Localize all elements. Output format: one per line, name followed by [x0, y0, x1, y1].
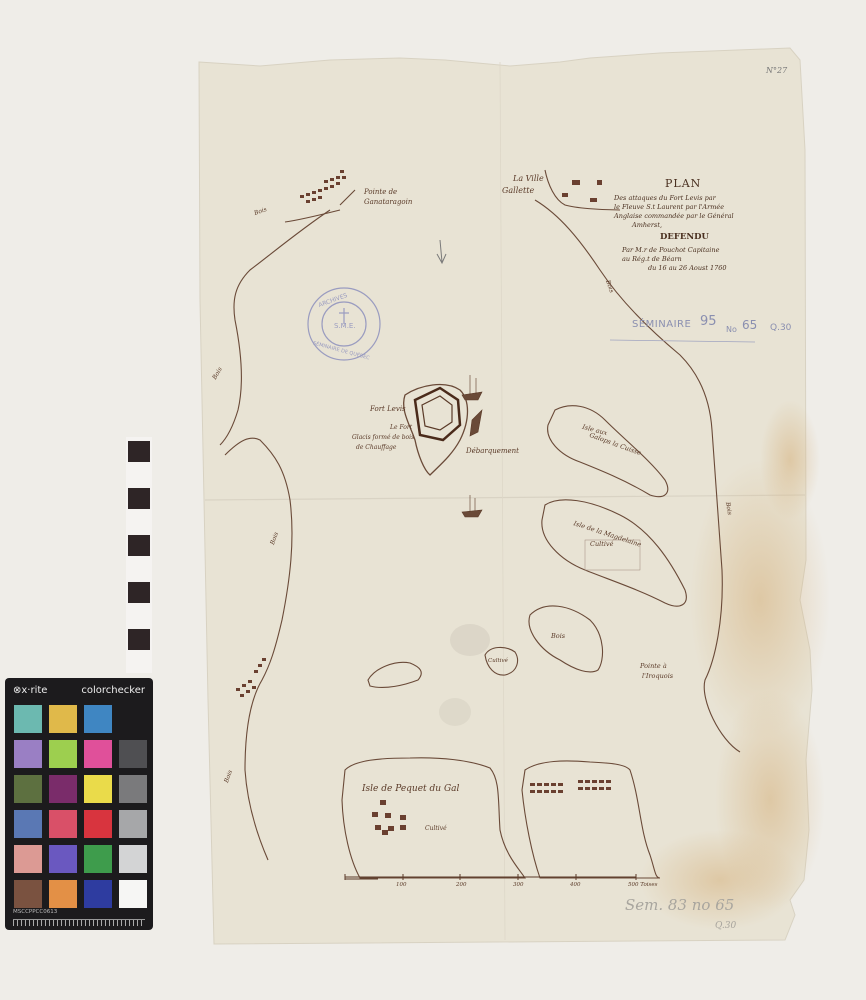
scale-tick-400: 400	[570, 882, 581, 888]
color-swatch	[14, 705, 42, 733]
defended-line-2: au Rég.t de Béarn	[622, 255, 682, 264]
scale-tick-200: 200	[456, 882, 467, 888]
color-swatch	[84, 775, 112, 803]
color-swatch	[84, 880, 112, 908]
seminaire-extra: Q.30	[770, 323, 791, 333]
colorchecker-label: colorchecker	[81, 685, 145, 696]
color-swatch	[84, 810, 112, 838]
pencil-note-1: Sem. 83 no 65	[625, 896, 734, 914]
map-subtitle-2: le Fleuve S.t Laurent par l'Armée	[614, 203, 724, 212]
map-subtitle-3: Anglaise commandée par le Général	[614, 212, 734, 221]
label-gallette: Gallette	[502, 186, 534, 195]
label-le-fort: Le Fort	[390, 424, 412, 431]
label-ganataragoin: Ganataragoin	[364, 198, 412, 206]
label-cultive-1: Cultivé	[590, 540, 613, 548]
color-swatch	[14, 775, 42, 803]
map-title: PLAN	[665, 177, 701, 190]
seminaire-label: SÉMINAIRE	[632, 319, 691, 330]
xrite-logo: ⊗x·rite	[13, 685, 47, 696]
label-chauffage: de Chauffage	[356, 444, 396, 451]
color-swatch	[119, 880, 147, 908]
color-swatch	[49, 810, 77, 838]
pencil-note-2: Q.30	[715, 921, 736, 931]
color-swatch	[14, 880, 42, 908]
label-cultive-small: Cultivé	[488, 658, 508, 664]
label-cultive-bottom: Cultivé	[425, 825, 447, 832]
label-pointe: Pointe de	[364, 188, 397, 196]
color-swatch	[84, 845, 112, 873]
label-fort-levis: Fort Levis	[370, 405, 406, 413]
label-isle-pequet: Isle de Pequet du Gal	[362, 784, 459, 794]
seminaire-number: 95	[700, 314, 717, 329]
label-iroquois: l'Iroquois	[642, 672, 673, 680]
colorchecker-code: MSCCPPCC0613	[13, 909, 57, 915]
color-swatch	[14, 810, 42, 838]
color-swatch	[14, 740, 42, 768]
seminaire-no-value: 65	[742, 318, 757, 332]
color-swatch	[84, 705, 112, 733]
defended-heading: DEFENDU	[660, 232, 709, 242]
color-swatch	[49, 740, 77, 768]
grayscale-scale-bar	[126, 437, 152, 673]
map-subtitle-4: Amherst,	[632, 221, 662, 230]
color-swatch	[119, 845, 147, 873]
label-bois-island: Bois	[551, 632, 565, 640]
colorchecker-card: ⊗x·rite colorchecker MSCCPPCC0613	[5, 678, 153, 930]
color-swatch	[49, 775, 77, 803]
defended-line-1: Par M.r de Pouchot Capitaine	[622, 246, 719, 255]
stamp-center-text: S.M.E.	[334, 322, 356, 330]
label-glacis: Glacis formé de bois	[352, 434, 414, 441]
color-swatch	[49, 705, 77, 733]
sheet-number: N°27	[766, 66, 787, 75]
color-swatch	[84, 740, 112, 768]
map-subtitle-1: Des attaques du Fort Levis par	[614, 194, 716, 203]
label-la-ville: La Ville	[513, 174, 544, 183]
label-debarquement: Débarquement	[466, 447, 519, 455]
color-swatch	[119, 775, 147, 803]
scale-tick-100: 100	[396, 882, 407, 888]
scale-tick-300: 300	[513, 882, 524, 888]
color-swatch	[49, 845, 77, 873]
label-pointe-a: Pointe à	[640, 662, 667, 670]
color-swatch	[119, 740, 147, 768]
color-swatch	[119, 705, 147, 733]
color-swatch	[49, 880, 77, 908]
scale-tick-500: 500 Toises	[628, 882, 657, 888]
color-swatch	[119, 810, 147, 838]
ruler	[13, 919, 145, 926]
seminaire-no-label: No	[726, 325, 737, 334]
defended-line-3: du 16 au 26 Aoust 1760	[648, 264, 727, 273]
color-swatch	[14, 845, 42, 873]
